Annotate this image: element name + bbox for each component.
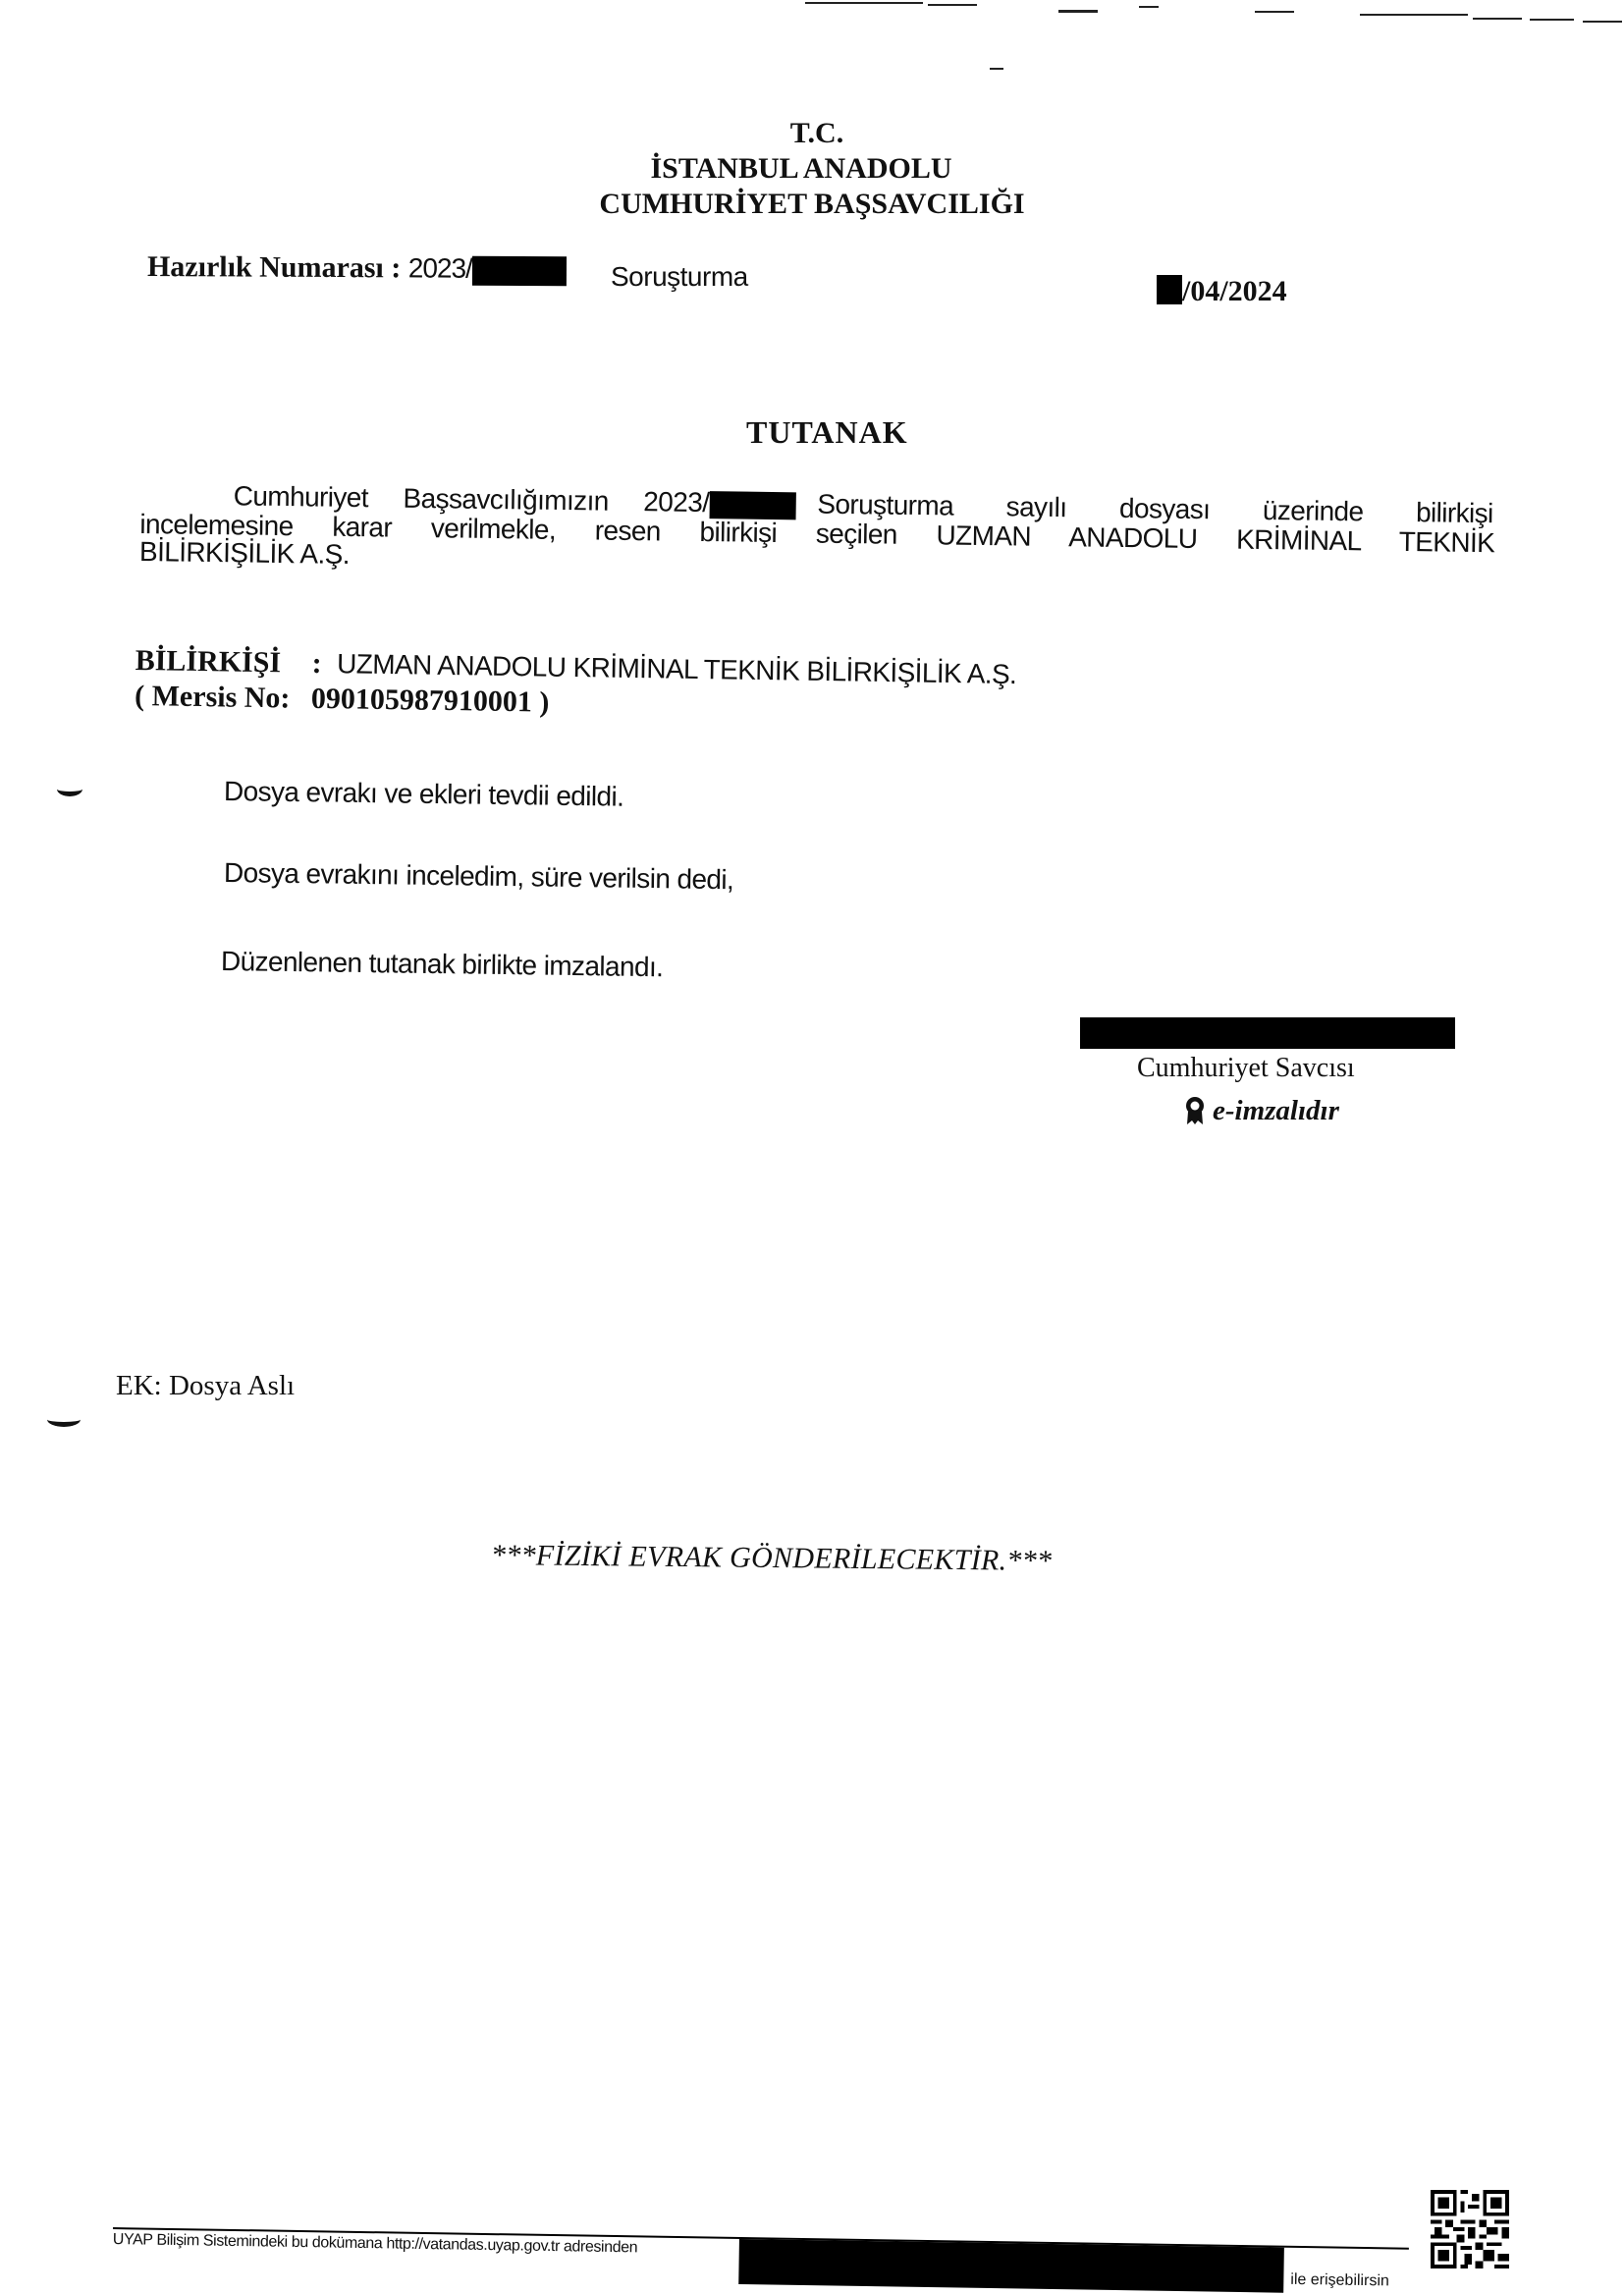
scan-artifact (1473, 18, 1522, 20)
electronic-signature: e-imzalıdır (1183, 1095, 1339, 1127)
margin-mark (57, 782, 82, 796)
preparation-number-prefix: 2023/ (408, 252, 472, 283)
intro-paragraph: Cumhuriyet Başsavcılığımızın 2023/Soruşt… (139, 481, 1495, 584)
statement-line: Dosya evrakı ve ekleri tevdii edildi. (224, 776, 624, 813)
scan-artifact (1530, 19, 1574, 21)
signer-title: Cumhuriyet Savcısı (1137, 1053, 1355, 1084)
redaction-block (1157, 275, 1182, 304)
mersis-label: ( Mersis No: (135, 680, 291, 714)
esign-label: e-imzalıdır (1213, 1095, 1339, 1126)
margin-mark (47, 1412, 81, 1427)
date-text: /04/2024 (1182, 275, 1287, 307)
signer-name-redaction (1080, 1017, 1455, 1049)
header-line-tc: T.C. (0, 116, 1624, 151)
seal-icon (1183, 1096, 1207, 1125)
qr-code-icon (1431, 2188, 1509, 2270)
preparation-label: Hazırlık Numarası : (147, 250, 401, 284)
redaction-block (709, 491, 795, 519)
preparation-type: Soruşturma (611, 261, 748, 293)
statement-line: Düzenlenen tutanak birlikte imzalandı. (221, 946, 664, 983)
statement-line: Dosya evrakını inceledim, süre verilsin … (224, 857, 734, 896)
document-title: TUTANAK (746, 414, 908, 451)
scan-artifact (1255, 11, 1294, 13)
attachment-note: EK: Dosya Aslı (116, 1370, 295, 1402)
scan-artifact (990, 68, 1003, 70)
header-line-office: CUMHURİYET BAŞSAVCILIĞI (0, 187, 1624, 222)
preparation-number: Hazırlık Numarası : 2023/ (147, 250, 567, 286)
document-date: /04/2024 (1157, 275, 1287, 308)
scan-artifact (928, 4, 977, 6)
footer-tail: ile erişebilirsin (1290, 2271, 1389, 2291)
institution-header: T.C. İSTANBUL ANADOLU CUMHURİYET BAŞSAVC… (0, 116, 1624, 222)
expert-label: BİLİRKİŞİ (135, 644, 281, 679)
expert-separator: : (311, 647, 322, 680)
mersis-number: 090105987910001 ) (311, 683, 550, 719)
scan-artifact (1583, 21, 1622, 23)
scan-artifact (1058, 11, 1098, 13)
expert-block: BİLİRKİŞİ : UZMAN ANADOLU KRİMİNAL TEKNİ… (135, 643, 1265, 732)
scan-artifact (1360, 14, 1468, 16)
uyap-footer: UYAP Bilişim Sistemindeki bu dokümana ht… (113, 2231, 1291, 2268)
access-code-redaction (738, 2239, 1284, 2293)
header-line-city: İSTANBUL ANADOLU (0, 151, 1624, 187)
scan-artifact (1139, 6, 1159, 8)
physical-document-notice: ***FİZİKİ EVRAK GÖNDERİLECEKTİR.*** (491, 1539, 1053, 1578)
scan-artifact (805, 2, 923, 4)
redaction-block (472, 256, 567, 287)
